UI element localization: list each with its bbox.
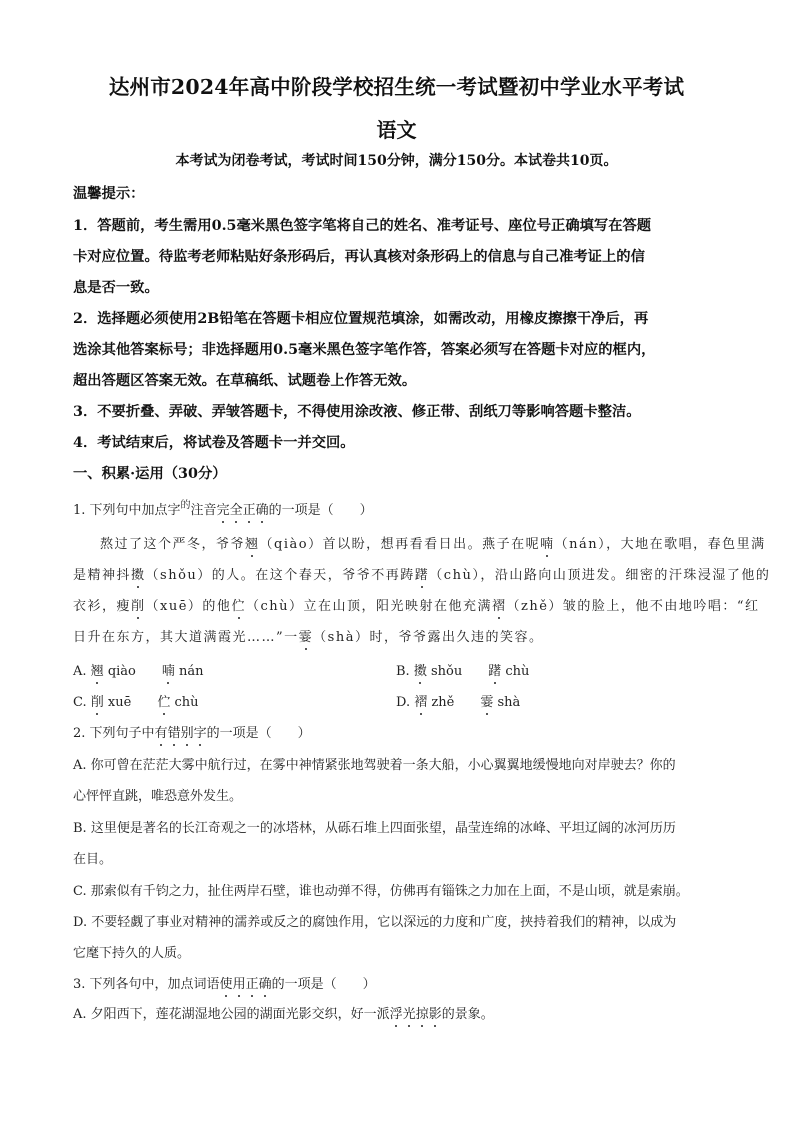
q1-option-a: A. 翘 qiào喃 nán xyxy=(73,660,204,679)
pinyin: nán xyxy=(179,664,204,679)
dotted-char: 擞 xyxy=(131,564,146,583)
q1-mid: 注音 xyxy=(191,503,217,518)
q2-option-a-cont: 心怦怦直跳，唯恐意外发生。 xyxy=(73,785,723,804)
option-label: D. xyxy=(396,695,410,710)
question-2-stem: 2. 下列句子中有错别字的一项是（ ） xyxy=(73,722,723,741)
dotted-char: 喃 xyxy=(540,533,555,552)
subject-title: 语文 xyxy=(0,114,793,143)
notice-heading: 温馨提示： xyxy=(73,183,723,203)
q3-prefix: 3. 下列各句中，加点词语 xyxy=(73,977,220,992)
text: （shǒu）的人。在这个春天，爷爷不再踌 xyxy=(146,568,415,583)
q1-prefix: 1. 下列句中加点字 xyxy=(73,503,181,518)
q2-option-d: D. 不要轻觑了事业对精神的濡养或反之的腐蚀作用，它以深远的力度和广度，挟持着我… xyxy=(73,911,723,930)
dotted-char: 削 xyxy=(91,691,104,710)
q1-option-c: C. 削 xuē伫 chù xyxy=(73,691,199,710)
q3-option-a: A. 夕阳西下，莲花湖湿地公园的湖面光影交织，好一派浮光掠影的景象。 xyxy=(73,1003,723,1022)
dotted-char: 伫 xyxy=(157,691,170,710)
q1-passage-line: 衣衫，瘦削（xuē）的他伫（chù）立在山顶，阳光映射在他充满褶（zhě）皱的脸… xyxy=(73,595,723,614)
notice-line: 息是否一致。 xyxy=(73,277,723,297)
q1-passage-line: 是精神抖擞（shǒu）的人。在这个春天，爷爷不再踌躇（chù），沿山路向山顶进发… xyxy=(73,564,723,583)
dotted-char: 翘 xyxy=(91,660,104,679)
dotted-char: 褶 xyxy=(414,691,427,710)
q1-option-d: D. 褶 zhě霎 shà xyxy=(396,691,520,710)
q2-option-b: B. 这里便是著名的长江奇观之一的冰塔林，从砾石堆上四面张望，晶莹连绵的冰峰、平… xyxy=(73,817,723,836)
q2-suffix: 的一项是（ ） xyxy=(207,726,311,741)
dotted-char: 翘 xyxy=(245,533,260,552)
text: （chù）立在山顶，阳光映射在他充满 xyxy=(246,599,492,614)
option-label: B. xyxy=(396,664,410,679)
pinyin: chù xyxy=(505,664,529,679)
q2-option-a: A. 你可曾在茫茫大雾中航行过，在雾中神情紧张地驾驶着一条大船，小心翼翼地缓慢地… xyxy=(73,754,723,773)
notice-line: 4．考试结束后，将试卷及答题卡一并交回。 xyxy=(73,432,723,452)
q1-sup: 的 xyxy=(181,500,191,511)
text: （xuē）的他 xyxy=(146,599,232,614)
q2-option-d-cont: 它麾下持久的人质。 xyxy=(73,942,723,961)
q1-option-b: B. 擞 shǒu躇 chù xyxy=(396,660,529,679)
text: （zhě）皱的脸上，他不由地吟唱：“红 xyxy=(507,599,760,614)
q1-passage-line: 日升在东方，其大道满霞光……”一霎（shà）时，爷爷露出久违的笑容。 xyxy=(73,626,723,645)
text: 的景象。 xyxy=(442,1007,494,1022)
pinyin: shà xyxy=(497,695,520,710)
notice-line: 卡对应位置。待监考老师粘贴好条形码后，再认真核对条形码上的信息与自己准考证上的信 xyxy=(73,246,723,266)
dotted-char: 喃 xyxy=(162,660,175,679)
section-heading: 一、积累·运用（30分） xyxy=(73,463,723,483)
pinyin: shǒu xyxy=(431,664,462,679)
notice-line: 2．选择题必须使用2B铅笔在答题卡相应位置规范填涂，如需改动，用橡皮擦擦干净后，… xyxy=(73,308,723,328)
q2-option-b-cont: 在目。 xyxy=(73,848,723,867)
option-label: A. xyxy=(73,664,87,679)
dotted-char: 削 xyxy=(131,595,146,614)
notice-line: 选涂其他答案标号；非选择题用0.5毫米黑色签字笔作答，答案必须写在答题卡对应的框… xyxy=(73,339,723,359)
dotted-char: 霎 xyxy=(480,691,493,710)
notice-line: 1．答题前，考生需用0.5毫米黑色签字笔将自己的姓名、准考证号、座位号正确填写在… xyxy=(73,215,723,235)
dotted-char: 霎 xyxy=(299,626,314,645)
exam-page: 达州市2024年高中阶段学校招生统一考试暨初中学业水平考试 语文 本考试为闭卷考… xyxy=(0,0,793,1122)
exam-title: 达州市2024年高中阶段学校招生统一考试暨初中学业水平考试 xyxy=(0,70,793,100)
text: 是精神抖 xyxy=(73,568,131,583)
text: 熬过了这个严冬，爷爷 xyxy=(100,537,245,552)
pinyin: chù xyxy=(174,695,198,710)
pinyin: zhě xyxy=(431,695,454,710)
q2-dotted: 有错别字 xyxy=(155,726,207,741)
pinyin: xuē xyxy=(108,695,131,710)
dotted-char: 褶 xyxy=(492,595,507,614)
notice-line: 超出答题区答案无效。在草稿纸、试题卷上作答无效。 xyxy=(73,370,723,390)
q1-passage-line: 熬过了这个严冬，爷爷翘（qiào）首以盼，想再看看日出。燕子在呢喃（nán），大… xyxy=(100,533,750,552)
dotted-char: 躇 xyxy=(415,564,430,583)
q1-suffix: 的一项是（ ） xyxy=(269,503,373,518)
text: （qiào）首以盼，想再看看日出。燕子在呢 xyxy=(260,537,541,552)
q3-suffix: 的一项是（ ） xyxy=(272,977,376,992)
text: A. 夕阳西下，莲花湖湿地公园的湖面光影交织，好一派 xyxy=(73,1007,390,1022)
dotted-char: 擞 xyxy=(414,660,427,679)
q3-dotted-phrase: 浮光掠影 xyxy=(390,1007,442,1022)
q2-option-c: C. 那索似有千钧之力，扯住两岸石壁，谁也动弹不得，仿佛再有锱铢之力加在上面，不… xyxy=(73,880,723,899)
text: 衣衫，瘦 xyxy=(73,599,131,614)
q3-dotted: 使用正确 xyxy=(220,977,272,992)
text: （chù），沿山路向山顶进发。细密的汗珠浸湿了他的 xyxy=(429,568,770,583)
exam-info: 本考试为闭卷考试，考试时间150分钟，满分150分。本试卷共10页。 xyxy=(0,150,793,170)
option-label: C. xyxy=(73,695,87,710)
question-1-stem: 1. 下列句中加点字的注音完全正确的一项是（ ） xyxy=(73,499,723,518)
dotted-char: 伫 xyxy=(231,595,246,614)
notice-line: 3．不要折叠、弄破、弄皱答题卡，不得使用涂改液、修正带、刮纸刀等影响答题卡整洁。 xyxy=(73,401,723,421)
q2-prefix: 2. 下列句子中 xyxy=(73,726,155,741)
text: 日升在东方，其大道满霞光……”一 xyxy=(73,630,299,645)
pinyin: qiào xyxy=(108,664,136,679)
text: （shà）时，爷爷露出久违的笑容。 xyxy=(313,630,543,645)
question-3-stem: 3. 下列各句中，加点词语使用正确的一项是（ ） xyxy=(73,973,723,992)
text: （nán），大地在歌唱，春色里满 xyxy=(555,537,766,552)
q1-dotted: 完全正确 xyxy=(217,503,269,518)
dotted-char: 躇 xyxy=(488,660,501,679)
